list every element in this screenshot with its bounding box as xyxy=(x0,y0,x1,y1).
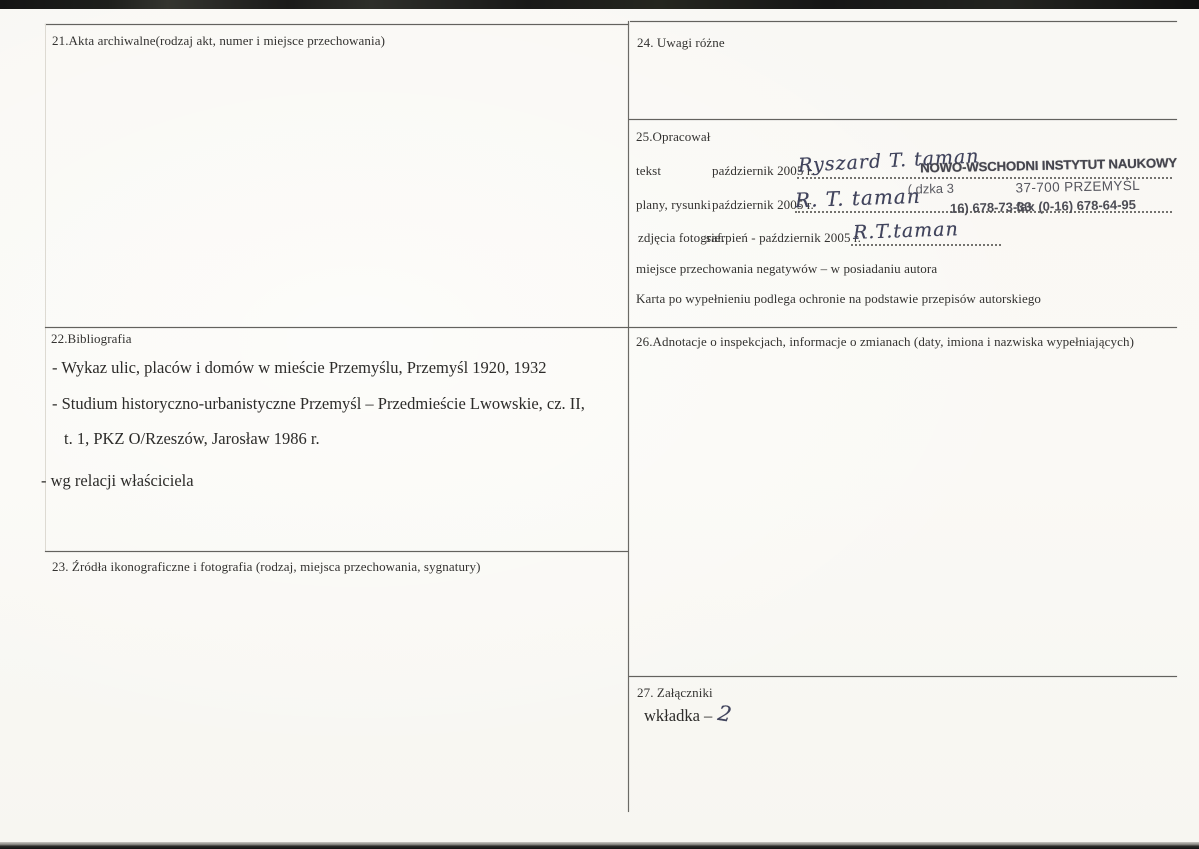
scan-edge-top xyxy=(0,0,1199,9)
bibliography-entry: - wg relacji właściciela xyxy=(41,471,194,491)
stamp-city: 37-700 PRZEMYŚL xyxy=(1015,178,1140,196)
dotted-leader xyxy=(851,244,1001,246)
rule-top-left xyxy=(45,24,629,25)
rule-21-22-divider xyxy=(45,327,628,328)
bibliography-entry: - Wykaz ulic, placów i domów w mieście P… xyxy=(52,358,547,378)
copyright-note: Karta po wypełnieniu podlega ochronie na… xyxy=(636,291,1041,307)
credit-row-role: plany, rysunki xyxy=(636,197,711,213)
rule-24-25-divider xyxy=(629,119,1177,120)
section-25-label: 25.Opracował xyxy=(636,129,710,145)
handwritten-attachment-count: 2 xyxy=(716,701,734,727)
credit-row-date: sierpień - październik 2005 r. xyxy=(706,230,861,246)
scanned-record-card-page: 21.Akta archiwalne(rodzaj akt, numer i m… xyxy=(0,0,1199,849)
section-26-label: 26.Adnotacje o inspekcjach, informacje o… xyxy=(636,334,1134,350)
section-27-label: 27. Załączniki xyxy=(637,685,713,701)
rule-center-vertical xyxy=(628,21,629,812)
rule-22-23-divider xyxy=(45,551,628,552)
rule-top-right xyxy=(630,21,1177,22)
scan-edge-bottom xyxy=(0,842,1199,849)
bibliography-entry: - Studium historyczno-urbanistyczne Prze… xyxy=(52,394,585,414)
bibliography-entry: t. 1, PKZ O/Rzeszów, Jarosław 1986 r. xyxy=(64,429,320,449)
section-24-label: 24. Uwagi różne xyxy=(637,35,725,51)
rule-26-27-divider xyxy=(629,676,1177,677)
attachment-label: wkładka – xyxy=(644,706,712,726)
section-21-label: 21.Akta archiwalne(rodzaj akt, numer i m… xyxy=(52,33,385,49)
section-22-label: 22.Bibliografia xyxy=(51,331,132,347)
stamp-fax: fax (0-16) 678-64-95 xyxy=(1016,197,1136,215)
handwritten-signature: R.T.taman xyxy=(853,218,960,244)
credit-row-role: tekst xyxy=(636,163,661,179)
rule-25-26-divider xyxy=(629,327,1177,328)
negatives-note: miejsce przechowania negatywów – w posia… xyxy=(636,261,937,277)
stamp-street: ( dzka 3 xyxy=(907,181,954,197)
section-23-label: 23. Źródła ikonograficzne i fotografia (… xyxy=(52,559,481,575)
institute-stamp: NOWO-WSCHODNI INSTYTUT NAUKOWY ( dzka 3 … xyxy=(893,155,1194,221)
